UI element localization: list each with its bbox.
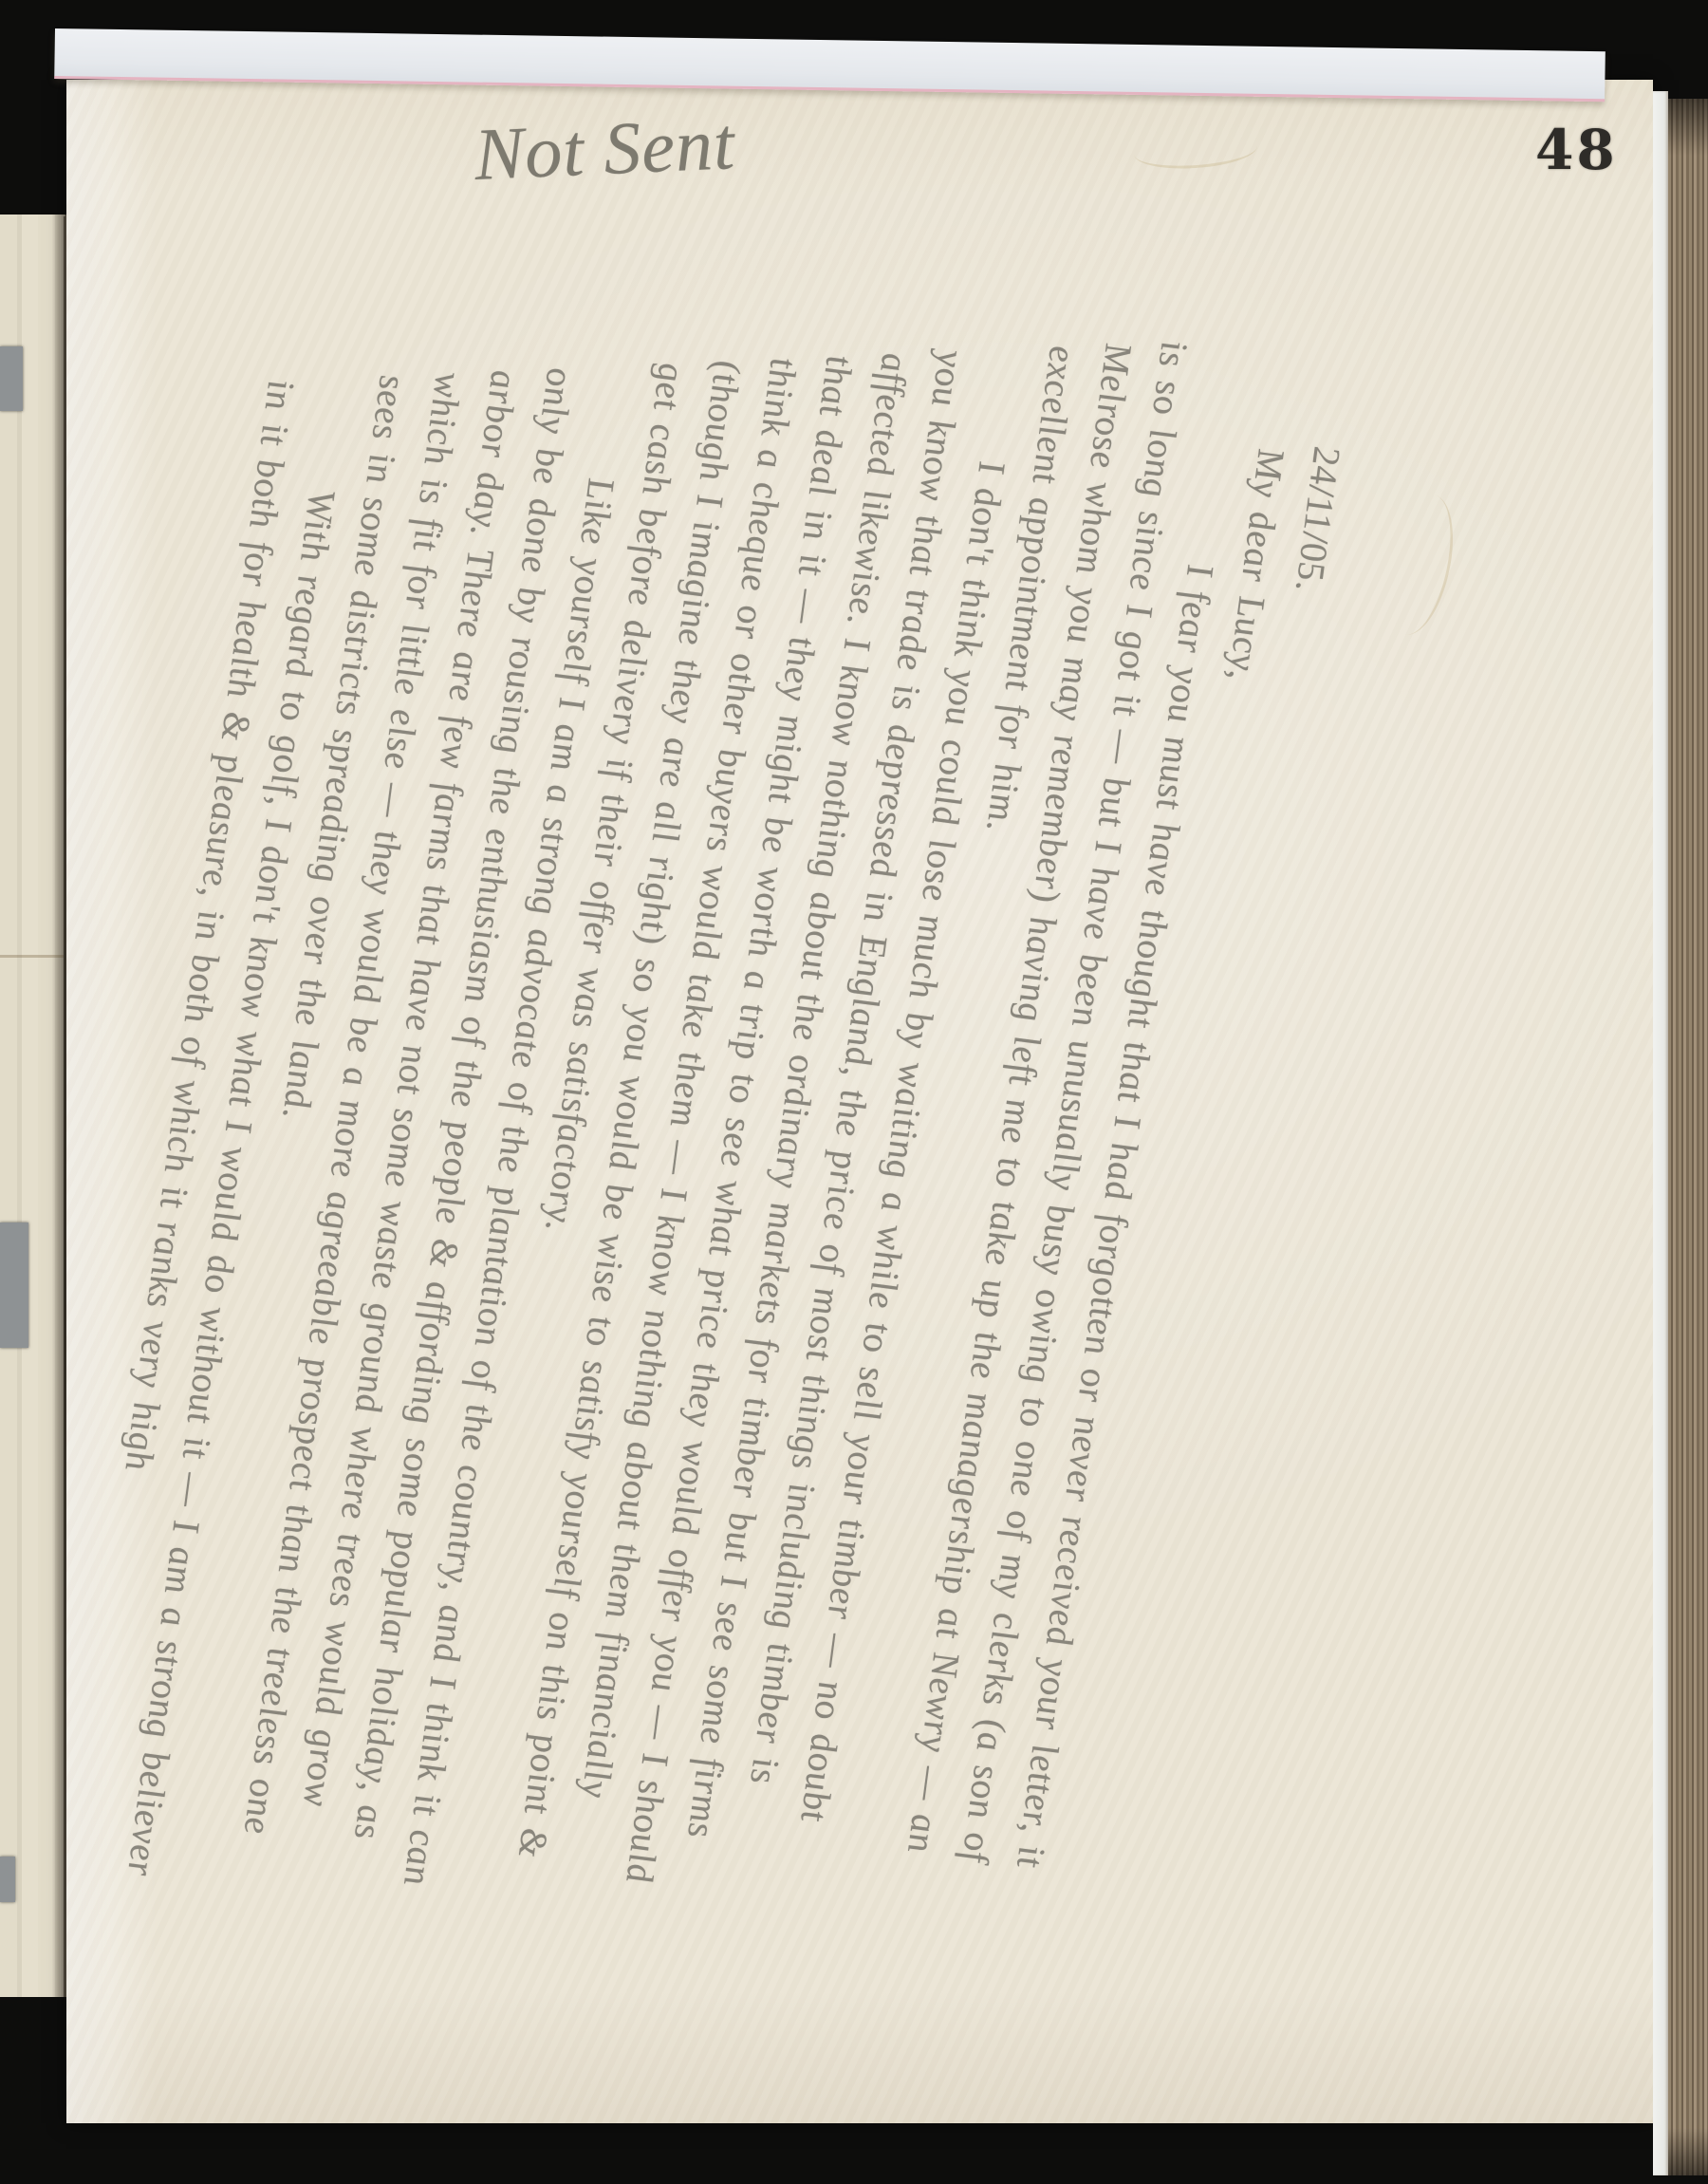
facing-page-stack (0, 215, 66, 1997)
archive-tab (0, 346, 23, 411)
page-number: 48 (1535, 118, 1618, 182)
page-edge-stack (1668, 99, 1708, 2175)
not-sent-annotation: Not Sent (473, 101, 736, 197)
archive-tab (0, 1857, 15, 1902)
archive-tab (0, 1223, 28, 1348)
handwritten-letter: 24/11/05. My dear Lucy, I fear you must … (51, 332, 1370, 1914)
scan-background: 24/11/05. My dear Lucy, I fear you must … (0, 0, 1708, 2184)
page-crease (0, 955, 66, 958)
fore-edge (1653, 91, 1668, 2175)
